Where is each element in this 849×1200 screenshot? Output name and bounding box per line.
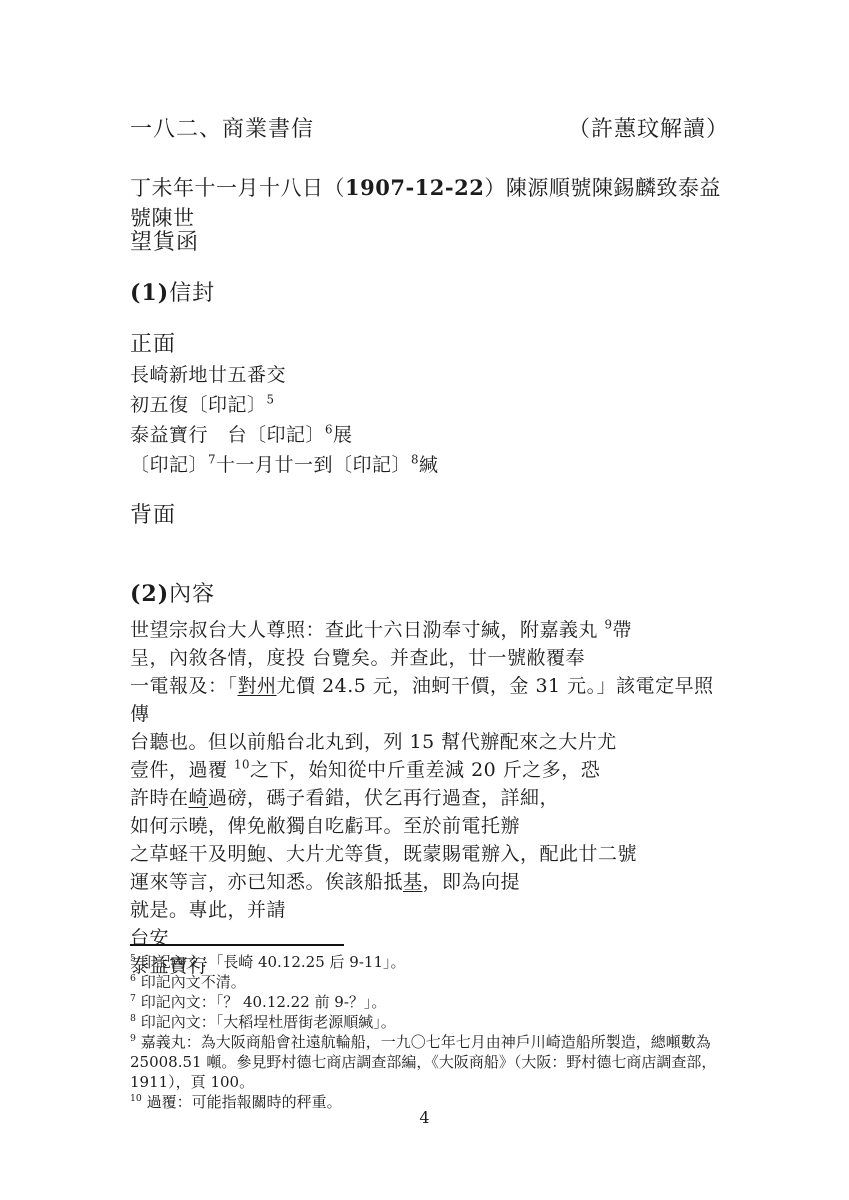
text-line: 世望宗叔台大人尊照：查此十六日泐奉寸緘，附嘉義丸 9帶 bbox=[130, 616, 729, 644]
footnote: 9 嘉義丸：為大阪商船會社遠航輪船，一九〇七年七月由神戶川崎造船所製造，總噸數為… bbox=[130, 1032, 742, 1092]
text-segment: 帶 bbox=[613, 619, 633, 641]
text-line: 運來等言，亦已知悉。俟該船抵基，即為向提 bbox=[130, 868, 729, 896]
text-line: 壹件，過覆 10之下，始知從中斤重差減 20 斤之多，恐 bbox=[130, 756, 729, 784]
title-row: 一八二、商業書信 （許蕙玟解讀） bbox=[130, 112, 729, 143]
envelope-section-heading: (1)信封 bbox=[130, 276, 729, 307]
footnote-number: 10 bbox=[130, 1093, 142, 1104]
footnote-list: 5 印記內文：「長崎 40.12.25 后 9-11」。6 印記內文不清。7 印… bbox=[130, 952, 742, 1112]
text-segment: 緘 bbox=[419, 454, 439, 476]
page-number: 4 bbox=[0, 1108, 849, 1127]
footnote-text: 印記內文不清。 bbox=[136, 973, 246, 991]
superscript-ref: 6 bbox=[325, 423, 333, 437]
text-segment: 一電報及：「 bbox=[130, 675, 238, 697]
text-segment: 丁未年十一月十八日（ bbox=[130, 176, 345, 200]
text-segment: 世望宗叔台大人尊照：查此十六日泐奉寸緘，附嘉義丸 bbox=[130, 619, 605, 641]
superscript-ref: 5 bbox=[267, 393, 275, 407]
envelope-front-address: 長崎新地廿五番交初五復〔印記〕5泰益寶行 台〔印記〕6展〔印記〕7十一月廿一到〔… bbox=[130, 360, 729, 480]
letter-date-heading: 丁未年十一月十八日（1907-12-22）陳源順號陳錫麟致泰益號陳世 bbox=[130, 172, 729, 232]
text-segment: 〔印記〕 bbox=[130, 454, 208, 476]
text-segment: 許時在 bbox=[130, 787, 189, 809]
text-segment: 展 bbox=[333, 424, 353, 446]
text-line: 如何示曉，俾免敝獨自吃虧耳。至於前電托辦 bbox=[130, 812, 729, 840]
text-segment: 台聽也。但以前船台北丸到，列 15 幫代辦配來之大片尤 bbox=[130, 731, 617, 753]
text-segment: 1907-12-22 bbox=[345, 175, 484, 200]
text-segment: 初五復〔印記〕 bbox=[130, 394, 267, 416]
section-title: 一八二、商業書信 bbox=[130, 112, 314, 143]
text-line: 就是。專此，并請 bbox=[130, 896, 729, 924]
text-line: 初五復〔印記〕5 bbox=[130, 390, 729, 420]
text-line: 台聽也。但以前船台北丸到，列 15 幫代辦配來之大片尤 bbox=[130, 728, 729, 756]
superscript-ref: 7 bbox=[208, 453, 216, 467]
text-segment: (1) bbox=[130, 280, 169, 306]
text-segment: 呈，內敘各情，度投 台覽矣。并查此，廿一號敝覆奉 bbox=[130, 647, 585, 669]
text-segment: 之草蛏干及明鮑、大片尤等貨，既蒙賜電辦入，配此廿二號 bbox=[130, 843, 637, 865]
text-segment: 長崎新地廿五番交 bbox=[130, 364, 286, 386]
text-segment: 如何示曉，俾免敝獨自吃虧耳。至於前電托辦 bbox=[130, 815, 520, 837]
superscript-ref: 8 bbox=[411, 453, 419, 467]
text-segment: 過磅，碼子看錯，伏乞再行過查，詳細， bbox=[208, 787, 559, 809]
envelope-back-label: 背面 bbox=[130, 498, 729, 529]
text-segment: ，即為向提 bbox=[423, 871, 521, 893]
text-line: 台安 bbox=[130, 924, 729, 952]
footnote: 6 印記內文不清。 bbox=[130, 972, 742, 992]
footnote: 8 印記內文：「大稻埕杜厝街老源順緘」。 bbox=[130, 1012, 742, 1032]
text-segment: 對州 bbox=[238, 675, 277, 697]
footnote-text: 印記內文：「長崎 40.12.25 后 9-11」。 bbox=[136, 953, 406, 971]
text-segment: 崎 bbox=[189, 787, 209, 809]
text-segment: 十一月廿一到〔印記〕 bbox=[216, 454, 411, 476]
text-segment: 壹件，過覆 bbox=[130, 759, 234, 781]
text-segment: 泰益寶行 台〔印記〕 bbox=[130, 424, 325, 446]
text-line: 之草蛏干及明鮑、大片尤等貨，既蒙賜電辦入，配此廿二號 bbox=[130, 840, 729, 868]
footnote-text: 印記內文：「？ 40.12.22 前 9-？」。 bbox=[136, 993, 386, 1011]
text-line: 許時在崎過磅，碼子看錯，伏乞再行過查，詳細， bbox=[130, 784, 729, 812]
text-segment: 運來等言，亦已知悉。俟該船抵 bbox=[130, 871, 403, 893]
superscript-ref: 10 bbox=[234, 758, 250, 772]
letter-subject-heading: 望貨函 bbox=[130, 225, 729, 256]
text-segment: 內容 bbox=[169, 582, 215, 607]
text-line: 泰益寶行 台〔印記〕6展 bbox=[130, 420, 729, 450]
text-segment: 基 bbox=[403, 871, 423, 893]
text-segment: (2) bbox=[130, 581, 169, 607]
text-line: 長崎新地廿五番交 bbox=[130, 360, 729, 390]
document-page: 一八二、商業書信 （許蕙玟解讀） 丁未年十一月十八日（1907-12-22）陳源… bbox=[0, 0, 849, 1200]
text-line: 一電報及：「對州尤價 24.5 元，油蚵干價，金 31 元。」該電定早照傳 bbox=[130, 672, 729, 728]
footnote: 5 印記內文：「長崎 40.12.25 后 9-11」。 bbox=[130, 952, 742, 972]
envelope-front-label: 正面 bbox=[130, 327, 729, 358]
text-segment: 信封 bbox=[169, 281, 215, 306]
superscript-ref: 9 bbox=[605, 618, 613, 632]
footnote-separator bbox=[130, 944, 344, 946]
letter-body: 世望宗叔台大人尊照：查此十六日泐奉寸緘，附嘉義丸 9帶呈，內敘各情，度投 台覽矣… bbox=[130, 616, 729, 980]
footnote: 7 印記內文：「？ 40.12.22 前 9-？」。 bbox=[130, 992, 742, 1012]
text-segment: 之下，始知從中斤重差減 20 斤之多，恐 bbox=[250, 759, 600, 781]
footnote-text: 印記內文：「大稻埕杜厝街老源順緘」。 bbox=[136, 1013, 396, 1031]
footnote-text: 嘉義丸：為大阪商船會社遠航輪船，一九〇七年七月由神戶川崎造船所製造，總噸數為25… bbox=[130, 1033, 716, 1091]
interpreter-credit: （許蕙玟解讀） bbox=[568, 112, 729, 143]
text-segment: 就是。專此，并請 bbox=[130, 899, 286, 921]
text-line: 呈，內敘各情，度投 台覽矣。并查此，廿一號敝覆奉 bbox=[130, 644, 729, 672]
content-section-heading: (2)內容 bbox=[130, 577, 729, 608]
text-line: 〔印記〕7十一月廿一到〔印記〕8緘 bbox=[130, 450, 729, 480]
